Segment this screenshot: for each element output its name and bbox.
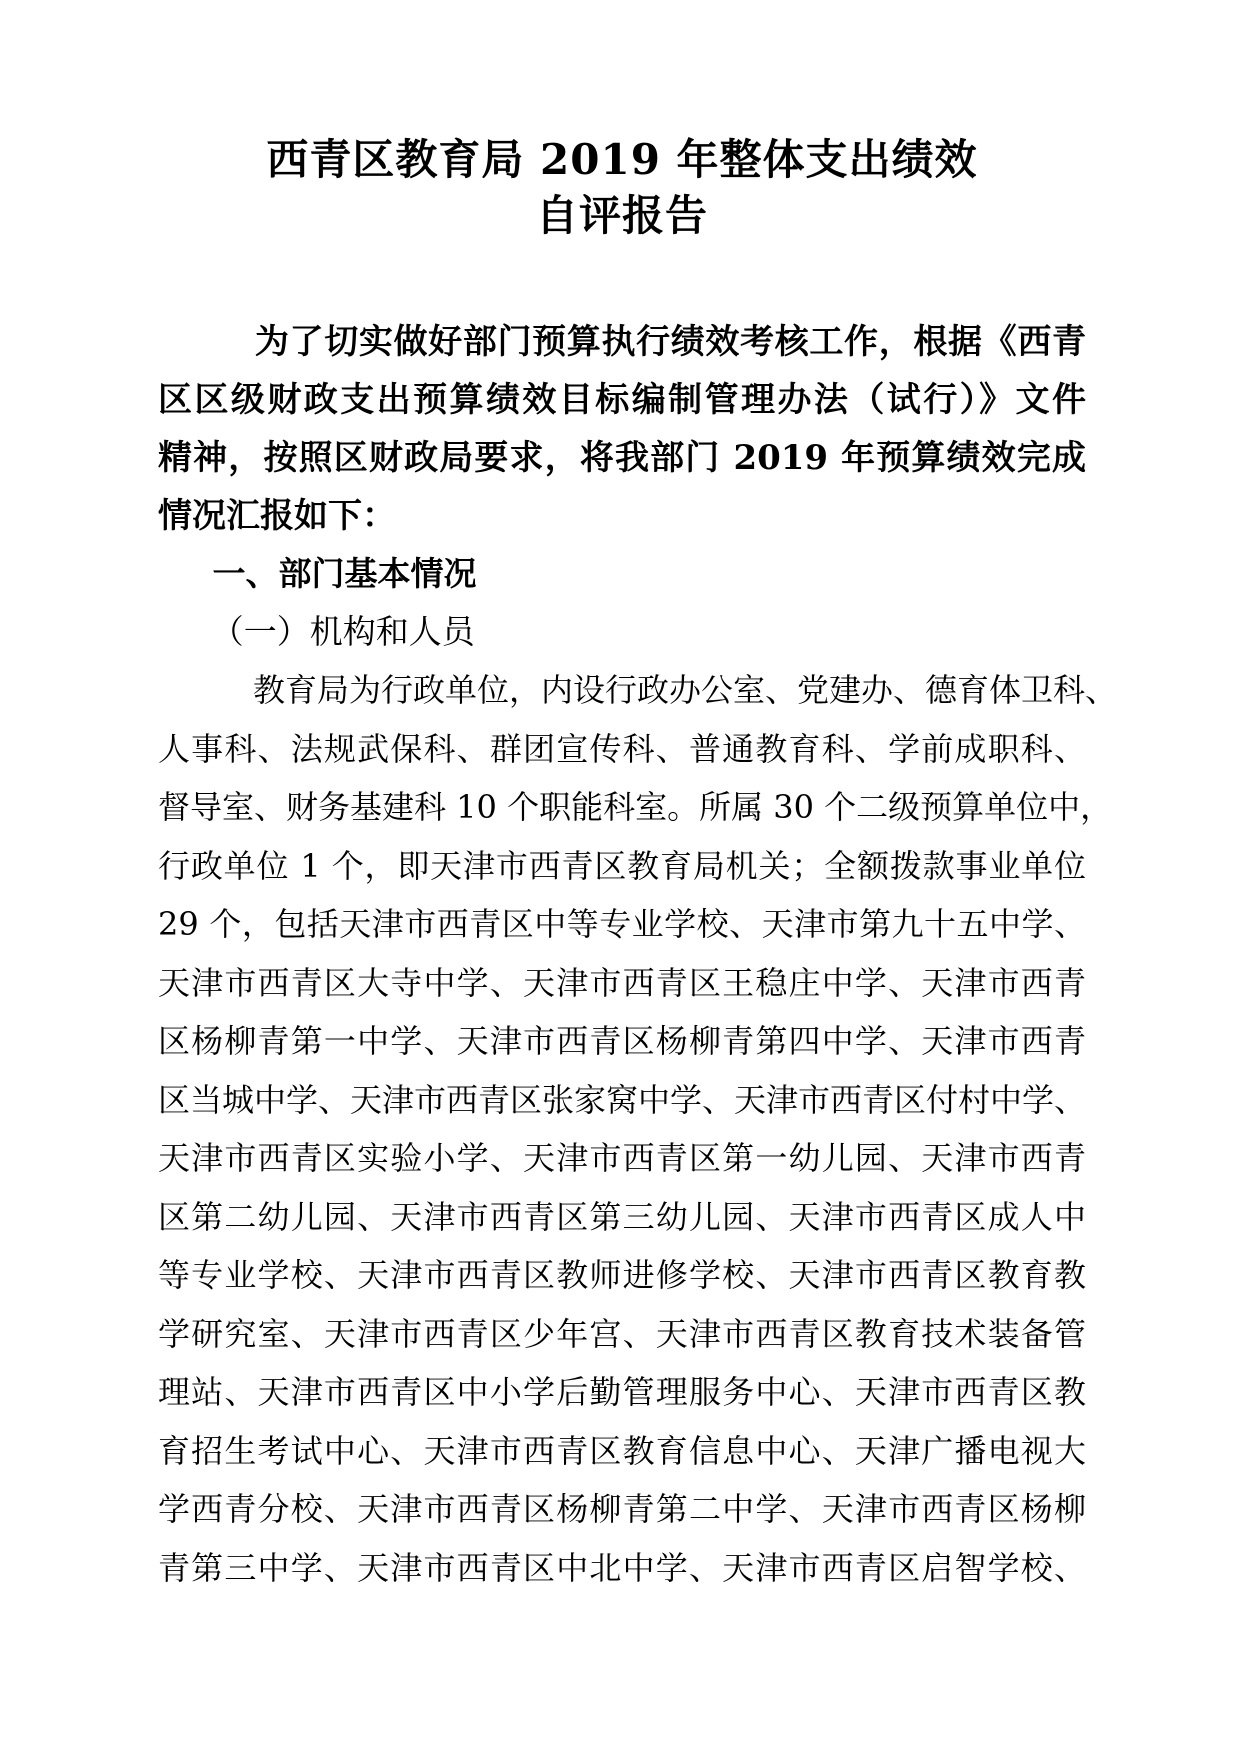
text-line: 学研究室、天津市西青区少年宫、天津市西青区教育技术装备管 (158, 1305, 1086, 1364)
document-title: 西青区教育局 2019 年整体支出绩效 自评报告 (158, 132, 1086, 244)
text-line: 天津市西青区实验小学、天津市西青区第一幼儿园、天津市西青 (158, 1129, 1086, 1188)
title-line-1: 西青区教育局 2019 年整体支出绩效 (158, 132, 1086, 188)
text-line: 青第三中学、天津市西青区中北中学、天津市西青区启智学校、 (158, 1539, 1086, 1598)
text-line: 区区级财政支出预算绩效目标编制管理办法（试行）》文件 (158, 371, 1086, 429)
text-line: 精神，按照区财政局要求，将我部门 2019 年预算绩效完成 (158, 429, 1086, 487)
document-page: 西青区教育局 2019 年整体支出绩效 自评报告 为了切实做好部门预算执行绩效考… (0, 0, 1241, 1754)
text-line: 等专业学校、天津市西青区教师进修学校、天津市西青区教育教 (158, 1246, 1086, 1305)
text-line: 天津市西青区大寺中学、天津市西青区王稳庄中学、天津市西青 (158, 954, 1086, 1013)
text-line: 育招生考试中心、天津市西青区教育信息中心、天津广播电视大 (158, 1422, 1086, 1481)
text-line: 区当城中学、天津市西青区张家窝中学、天津市西青区付村中学、 (158, 1071, 1086, 1130)
text-line: 学西青分校、天津市西青区杨柳青第二中学、天津市西青区杨柳 (158, 1480, 1086, 1539)
text-line: 人事科、法规武保科、群团宣传科、普通教育科、学前成职科、 (158, 720, 1086, 779)
text-line: 29 个，包括天津市西青区中等专业学校、天津市第九十五中学、 (158, 895, 1086, 954)
text-line: 情况汇报如下： (158, 487, 1086, 545)
org-structure-paragraph: 教育局为行政单位，内设行政办公室、党建办、德育体卫科、人事科、法规武保科、群团宣… (158, 661, 1086, 1597)
subsection-heading-1-1: （一）机构和人员 (158, 603, 1086, 661)
text-line: 区第二幼儿园、天津市西青区第三幼儿园、天津市西青区成人中 (158, 1188, 1086, 1247)
text-line: 行政单位 1 个，即天津市西青区教育局机关；全额拨款事业单位 (158, 837, 1086, 896)
section-heading-1: 一、部门基本情况 (158, 545, 1086, 603)
text-line: 区杨柳青第一中学、天津市西青区杨柳青第四中学、天津市西青 (158, 1012, 1086, 1071)
text-line: 教育局为行政单位，内设行政办公室、党建办、德育体卫科、 (158, 661, 1086, 720)
title-line-2: 自评报告 (158, 188, 1086, 244)
text-line: 为了切实做好部门预算执行绩效考核工作，根据《西青 (158, 313, 1086, 371)
intro-paragraph: 为了切实做好部门预算执行绩效考核工作，根据《西青区区级财政支出预算绩效目标编制管… (158, 313, 1086, 545)
text-line: 督导室、财务基建科 10 个职能科室。所属 30 个二级预算单位中， (158, 778, 1086, 837)
text-line: 理站、天津市西青区中小学后勤管理服务中心、天津市西青区教 (158, 1363, 1086, 1422)
